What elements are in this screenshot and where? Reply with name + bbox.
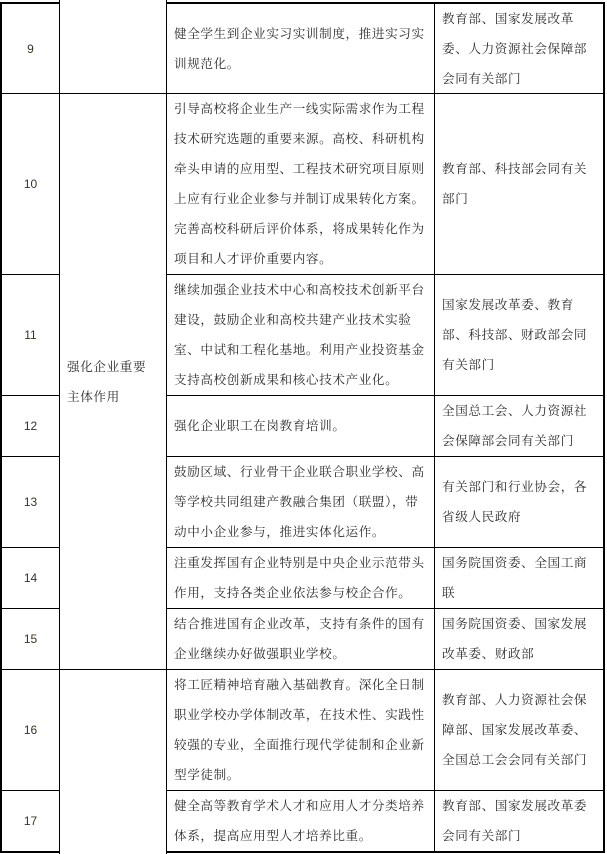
task-text: 健全高等教育学术人才和应用人才分类培养体系，提高应用型人才培养比重。 [174,791,428,851]
departments-cell: 国家发展改革委、教育部、科技部、财政部会同有关部门 [434,274,605,396]
task-cell: 继续加强企业技术中心和高校技术创新平台建设，鼓励企业和高校共建产业技术实验室、中… [166,274,435,396]
task-cell: 引导高校将企业生产一线实际需求作为工程技术研究选题的重要来源。高校、科研机构牵头… [166,93,435,275]
departments-text: 有关部门和行业协会，各省级人民政府 [442,472,597,532]
row-number-cell: 17 [0,790,60,853]
row-number: 15 [24,632,37,646]
task-text: 结合推进国有企业改革，支持有条件的国有企业继续办好做强职业学校。 [174,609,428,669]
row-number: 12 [24,419,37,433]
row-number-cell: 14 [0,547,60,609]
departments-cell: 教育部、国家发展改革委会同有关部门 [434,790,605,853]
task-cell: 结合推进国有企业改革，支持有条件的国有企业继续办好做强职业学校。 [166,608,435,670]
row-number-cell: 12 [0,395,60,457]
row-number: 14 [24,571,37,585]
group-label: 强化企业重要主体作用 [67,352,158,412]
row-number-cell: 15 [0,608,60,670]
departments-cell: 教育部、科技部会同有关部门 [434,93,605,275]
task-text: 将工匠精神培育融入基础教育。深化全日制职业学校办学体制改革，在技术性、实践性较强… [174,670,428,790]
row-number: 17 [24,814,37,828]
departments-text: 国家发展改革委、教育部、科技部、财政部会同有关部门 [442,290,597,380]
task-cell: 注重发挥国有企业特别是中央企业示范带头作用，支持各类企业依法参与校企合作。 [166,547,435,609]
group-cell-continued [59,0,167,94]
row-number-cell: 13 [0,456,60,548]
departments-text: 教育部、人力资源社会保障部、国家发展改革委、全国总工会会同有关部门 [442,685,597,775]
row-number-cell: 11 [0,274,60,396]
group-cell-strengthen-enterprise-role: 强化企业重要主体作用 [59,93,167,670]
row-number-cell: 9 [0,2,60,94]
task-text: 健全学生到企业实习实训制度，推进实习实训规范化。 [174,19,428,79]
group-cell-next [59,669,167,854]
task-text: 引导高校将企业生产一线实际需求作为工程技术研究选题的重要来源。高校、科研机构牵头… [174,94,428,274]
task-text: 继续加强企业技术中心和高校技术创新平台建设，鼓励企业和高校共建产业技术实验室、中… [174,275,428,395]
departments-text: 国务院国资委、全国工商联 [442,548,597,608]
row-number: 10 [24,177,37,191]
departments-cell: 国务院国资委、全国工商联 [434,547,605,609]
departments-text: 教育部、科技部会同有关部门 [442,154,597,214]
row-number-cell: 10 [0,93,60,275]
departments-cell: 全国总工会、人力资源社会保障部会同有关部门 [434,395,605,457]
row-number: 13 [24,495,37,509]
task-cell: 强化企业职工在岗教育培训。 [166,395,435,457]
task-cell: 鼓励区域、行业骨干企业联合职业学校、高等学校共同组建产教融合集团（联盟），带动中… [166,456,435,548]
task-text: 注重发挥国有企业特别是中央企业示范带头作用，支持各类企业依法参与校企合作。 [174,548,428,608]
row-number: 9 [27,42,34,56]
departments-text: 国务院国资委、国家发展改革委、财政部 [442,609,597,669]
departments-text: 教育部、国家发展改革委会同有关部门 [442,791,597,851]
departments-cell: 教育部、人力资源社会保障部、国家发展改革委、全国总工会会同有关部门 [434,669,605,791]
departments-text: 教育部、国家发展改革委、人力资源社会保障部会同有关部门 [442,4,597,94]
row-number: 11 [24,328,36,342]
departments-cell: 教育部、国家发展改革委、人力资源社会保障部会同有关部门 [434,2,605,94]
departments-cell: 有关部门和行业协会，各省级人民政府 [434,456,605,548]
departments-cell: 国务院国资委、国家发展改革委、财政部 [434,608,605,670]
task-cell: 健全高等教育学术人才和应用人才分类培养体系，提高应用型人才培养比重。 [166,790,435,853]
row-number-cell: 16 [0,669,60,791]
task-cell: 将工匠精神培育融入基础教育。深化全日制职业学校办学体制改革，在技术性、实践性较强… [166,669,435,791]
task-text: 强化企业职工在岗教育培训。 [174,411,346,441]
task-cell: 健全学生到企业实习实训制度，推进实习实训规范化。 [166,2,435,94]
row-number: 16 [24,723,37,737]
policy-task-table: 9 健全学生到企业实习实训制度，推进实习实训规范化。 教育部、国家发展改革委、人… [0,0,607,854]
task-text: 鼓励区域、行业骨干企业联合职业学校、高等学校共同组建产教融合集团（联盟），带动中… [174,457,428,547]
departments-text: 全国总工会、人力资源社会保障部会同有关部门 [442,396,597,456]
